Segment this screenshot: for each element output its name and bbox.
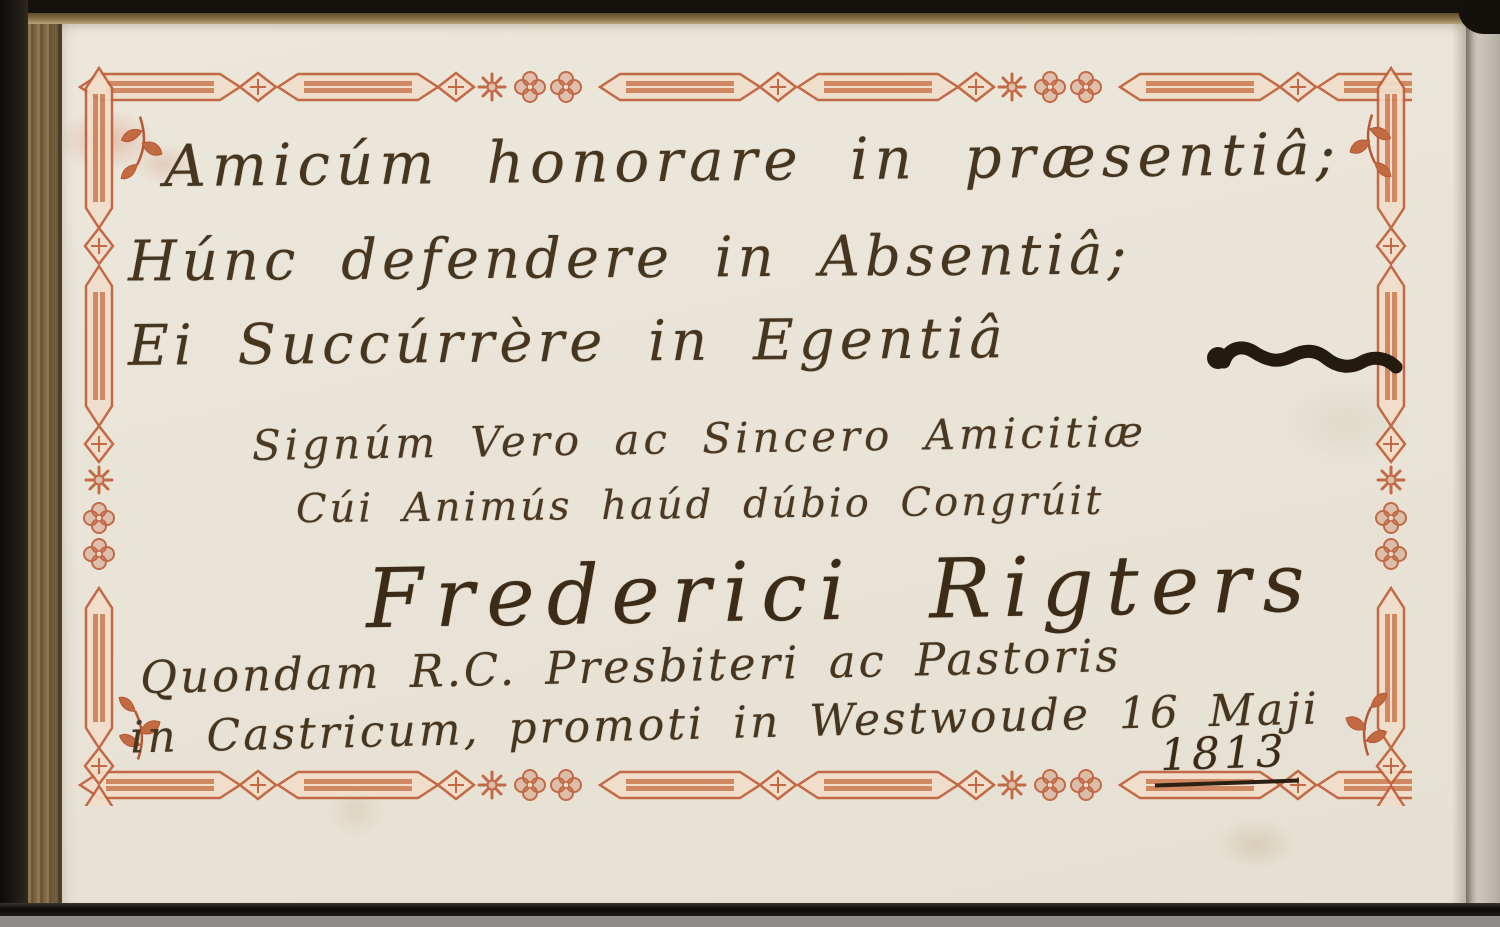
page-block-top-edge [0, 13, 1500, 24]
page-block-left-edge [28, 0, 62, 915]
ornamental-border-left [78, 66, 120, 806]
ornamental-border-top [78, 66, 1412, 108]
photographed-album-page: Amicúm honorare in præsentiâ; Húnc defen… [0, 0, 1500, 927]
manuscript-line-5: Cúi Animús haúd dúbio Congrúit [296, 478, 1105, 532]
date-1813: 1813 [1153, 726, 1299, 788]
corner-leaf-sprig-bottom-right [1320, 686, 1390, 758]
ink-flourish [1204, 318, 1434, 388]
book-cover-bottom-edge [0, 903, 1500, 916]
book-cover-top-edge [0, 0, 1500, 13]
manuscript-line-1: Amicúm honorare in præsentiâ; [164, 120, 1342, 200]
manuscript-line-4: Signúm Vero ac Sincero Amicitiæ [252, 407, 1148, 470]
underlying-page-edge [1466, 0, 1500, 916]
manuscript-page: Amicúm honorare in præsentiâ; Húnc defen… [56, 22, 1468, 905]
manuscript-line-2: Húnc defendere in Absentiâ; [128, 222, 1132, 294]
manuscript-line-3: Ei Succúrrère in Egentiâ [128, 306, 1008, 379]
signature-frederici-rigters: Frederici Rigters [365, 536, 1317, 648]
book-cover-left-edge [0, 0, 28, 927]
table-surface [0, 916, 1500, 927]
